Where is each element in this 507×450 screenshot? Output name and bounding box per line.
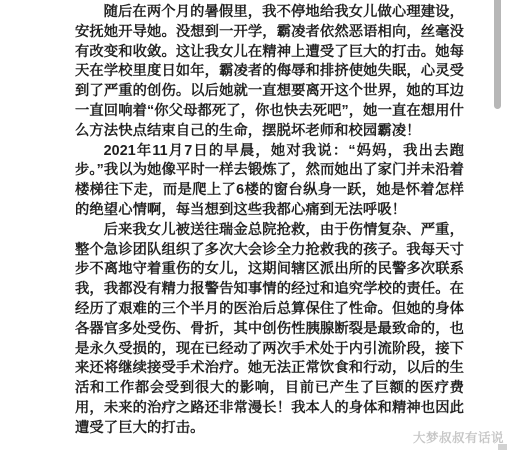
vertical-scrollbar-thumb[interactable] bbox=[494, 0, 501, 109]
article-paragraph-2: 2021年11月7日的早晨，她对我说：“妈妈，我出去跑步。”我以为她像平时一样去… bbox=[75, 142, 464, 221]
article-body: 随后在两个月的暑假里，我不停地给我女儿做心理建设，安抚她开导她。没想到一开学，霸… bbox=[75, 3, 464, 439]
article-paragraph-1: 随后在两个月的暑假里，我不停地给我女儿做心理建设，安抚她开导她。没想到一开学，霸… bbox=[75, 3, 464, 142]
article-paragraph-3: 后来我女儿被送往瑞金总院抢救，由于伤情复杂、严重，整个急诊团队组织了多次大会诊全… bbox=[75, 221, 464, 439]
watermark-badge bbox=[498, 444, 507, 450]
article-page: 随后在两个月的暑假里，我不停地给我女儿做心理建设，安抚她开导她。没想到一开学，霸… bbox=[0, 0, 507, 450]
watermark-text: 大梦叔叔有话说 bbox=[413, 428, 504, 446]
